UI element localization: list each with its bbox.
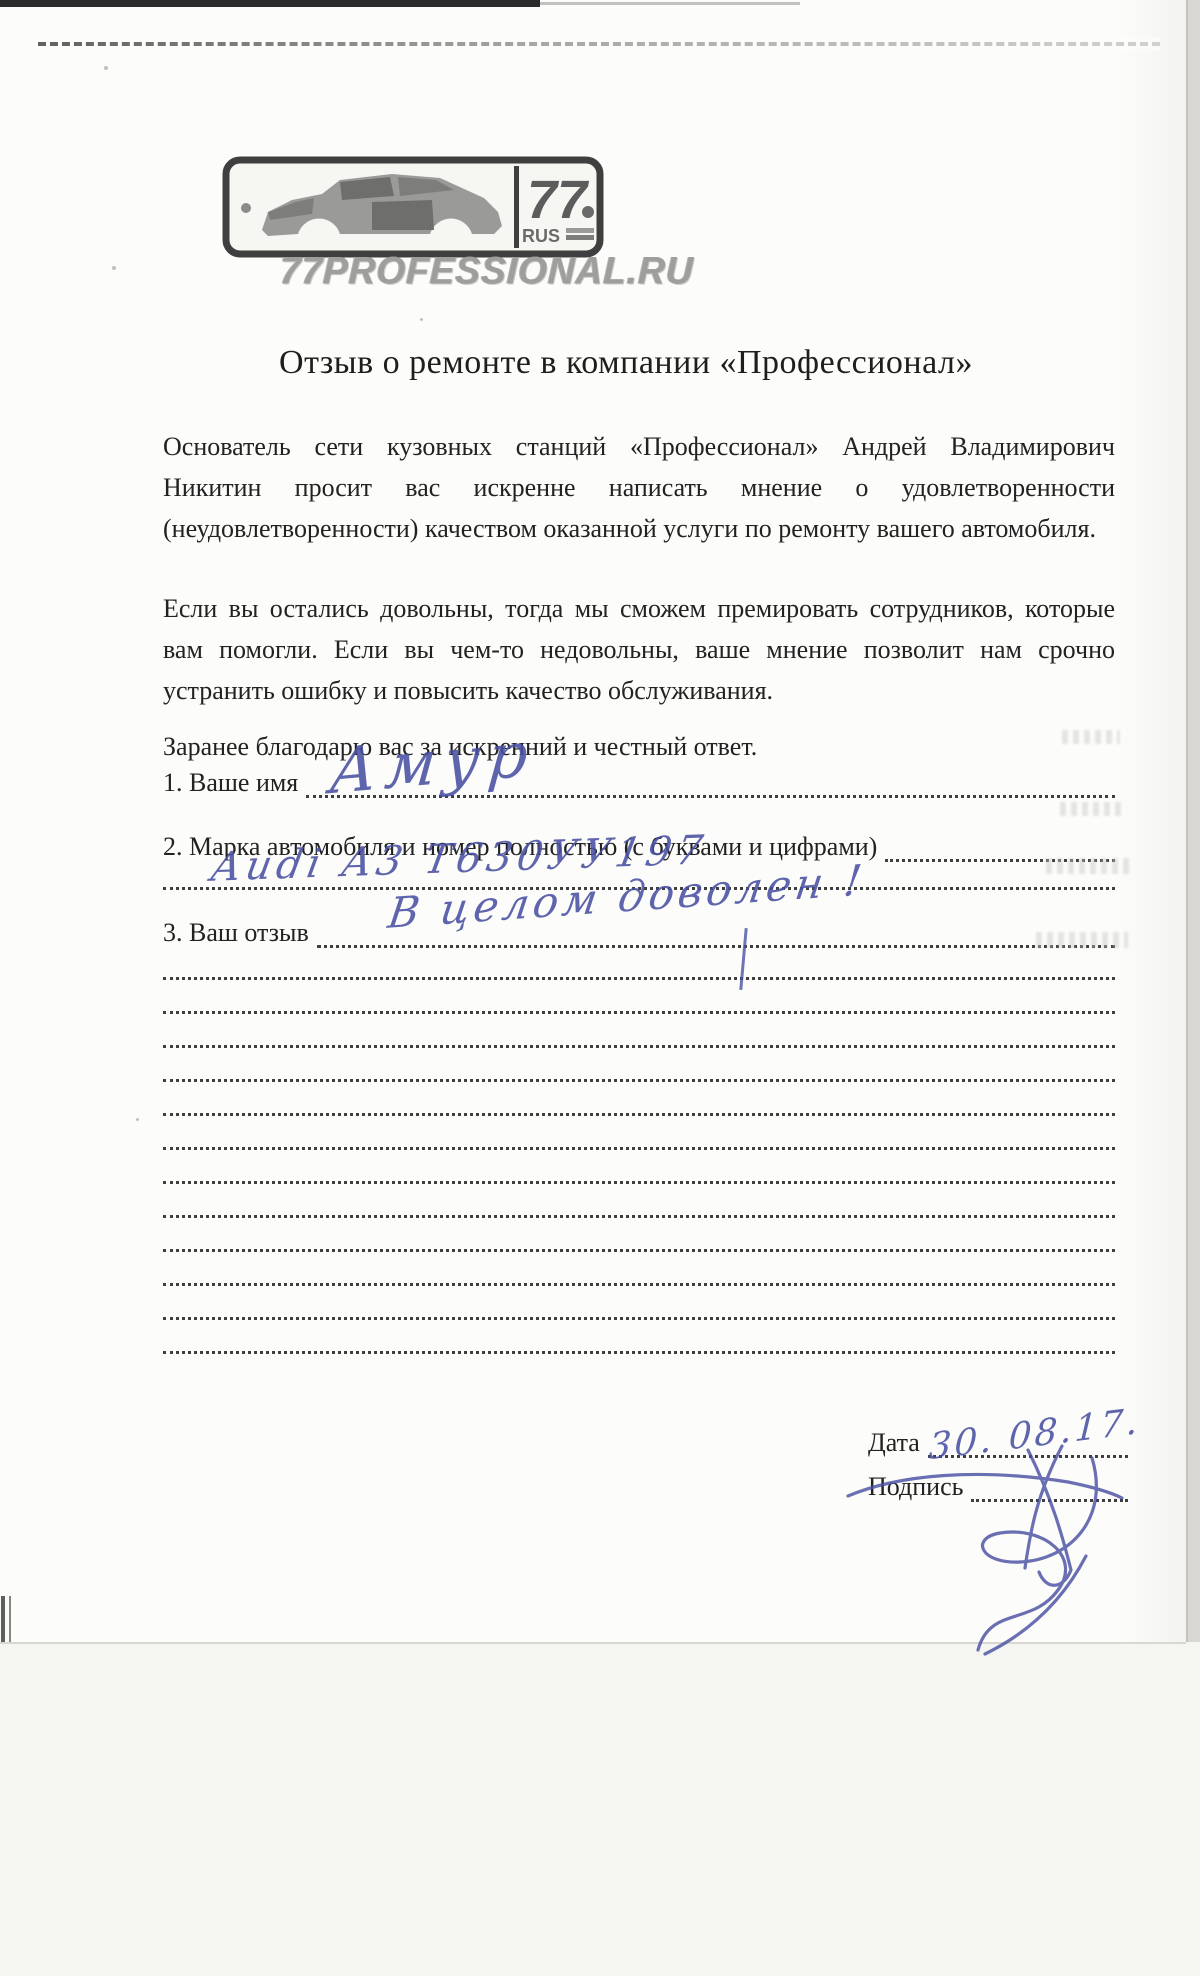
car-answer-dotted-line [163,866,1115,890]
scan-speck [420,318,423,321]
scan-edge-artifact [1,1596,5,1642]
thanks-line: Заранее благодарю вас за искренний и чес… [163,726,1115,767]
blank-dotted-line [163,980,1115,1014]
blank-dotted-line [163,1286,1115,1320]
signature-row: Подпись [868,1472,1128,1502]
dotted-leader [306,776,1115,798]
blank-dotted-line [163,1048,1115,1082]
bleedthrough-mark [1036,932,1128,948]
blank-dotted-line [163,1014,1115,1048]
field-review-label: 3. Ваш отзыв [163,918,309,948]
field-review-row: 3. Ваш отзыв [163,918,1115,948]
dotted-leader [971,1482,1128,1502]
field-car-label: 2. Марка автомобиля и номер полностью (с… [163,832,877,862]
bonus-paragraph: Если вы остались довольны, тогда мы смож… [163,588,1115,711]
scan-edge-artifact [0,0,540,7]
scan-edge-artifact-light [540,2,800,5]
date-row: Дата [868,1428,1128,1458]
bleedthrough-mark [1062,730,1120,744]
document-title: Отзыв о ремонте в компании «Профессионал… [150,344,1102,382]
plate-region: RUS [522,226,560,246]
perforation-fade [38,37,1160,51]
blank-dotted-line [163,946,1115,980]
blank-dotted-line [163,1218,1115,1252]
intro-paragraph: Основатель сети кузовных станций «Профес… [163,426,1115,549]
date-label: Дата [868,1428,920,1458]
blank-dotted-line [163,1320,1115,1354]
scan-speck [104,66,108,70]
scan-speck [136,1118,139,1121]
blank-dotted-line [163,1252,1115,1286]
dotted-leader [317,926,1115,948]
bleedthrough-mark [1060,802,1126,816]
company-logo: 77 RUS 77PROFESSIONAL.RU [222,156,642,306]
license-plate-logo-icon: 77 RUS [222,156,604,258]
scan-speck [112,266,116,270]
bleedthrough-mark [1046,858,1130,874]
field-car-row: 2. Марка автомобиля и номер полностью (с… [163,832,1115,862]
scanned-feedback-form: 77 RUS 77PROFESSIONAL.RU Отзыв о ремонте… [0,0,1200,1976]
field-name-row: 1. Ваше имя [163,768,1115,798]
field-name-label: 1. Ваше имя [163,768,298,798]
blank-dotted-line [163,1150,1115,1184]
review-writing-area [163,946,1115,1354]
signature-label: Подпись [868,1472,963,1502]
page-edge-shadow [1186,0,1200,1642]
blank-dotted-line [163,1082,1115,1116]
company-website: 77PROFESSIONAL.RU [279,249,694,293]
footer-block: Дата Подпись [868,1428,1128,1516]
blank-dotted-line [163,1116,1115,1150]
plate-number: 77 [527,170,590,230]
blank-dotted-line [163,1184,1115,1218]
scan-edge-artifact [9,1596,11,1642]
dotted-leader [928,1438,1128,1458]
